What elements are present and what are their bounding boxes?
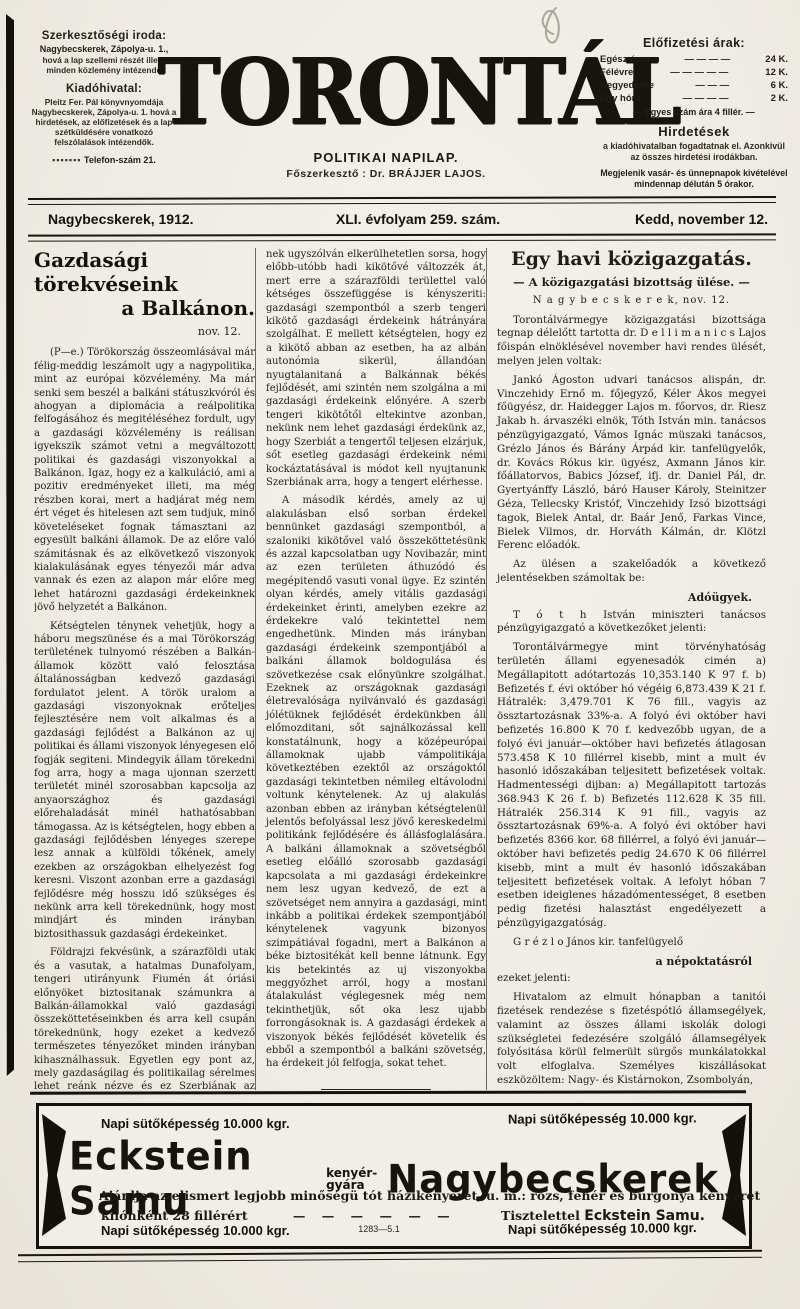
- dateline-date: Kedd, november 12.: [538, 211, 776, 227]
- article2-subhead-taxes: Adóügyek.: [497, 591, 766, 605]
- dateline-bar: Nagybecskerek, 1912. XLI. évfolyam 259. …: [28, 206, 776, 232]
- article1-paragraph: Földrajzi fekvésünk, a szárazföldi utak …: [34, 946, 255, 1090]
- masthead-subtitle-block: POLITIKAI NAPILAP. Főszerkesztő : Dr. BR…: [158, 150, 614, 180]
- column-3: Egy havi közigazgatás. — A közigazgatási…: [486, 248, 766, 1090]
- column-1: Gazdasági törekvéseinka Balkánon. nov. 1…: [34, 248, 255, 1090]
- subscription-dashes: — — — — —: [633, 66, 765, 79]
- bottom-double-rule: [28, 233, 776, 241]
- ad-offer-line: Ajánlja az elismert legjobb minőségü tót…: [99, 1188, 709, 1203]
- phone-decoration: ▪▪▪▪▪▪▪: [52, 155, 81, 165]
- scan-edge-artifact: [6, 14, 14, 1076]
- dateline-issue: XLI. évfolyam 259. szám.: [298, 211, 538, 227]
- single-copy-price: — Egyes szám ára 4 fillér. —: [600, 107, 788, 117]
- bakery-advertisement: Napi sütőképesség 10.000 kgr. Napi sütők…: [36, 1103, 752, 1249]
- article2-subtitle: — A közigazgatási bizottság ülése. —: [497, 276, 766, 290]
- article1-paragraph: (P—e.) Törökország összeomlásával már fé…: [34, 346, 255, 614]
- publish-schedule-note: Megjelenik vasár- és ünnepnapok kivételé…: [600, 168, 788, 189]
- subscription-label: Negyedévre: [600, 79, 654, 92]
- article2-paragraph: Jankó Ágoston udvari tanácsos alispán, d…: [497, 374, 766, 553]
- article1-continuation-paragraph: nek ugyszólván elkerülhetetlen sorsa, ho…: [266, 248, 486, 489]
- ad-capacity-top-right: Napi sütőképesség 10.000 kgr.: [508, 1110, 697, 1126]
- bottom-scan-rule: [18, 1250, 762, 1263]
- dateline-place: Nagybecskerek, 1912.: [28, 211, 298, 227]
- ad-capacity-bottom-right: Napi sütőképesség 10.000 kgr.: [508, 1220, 697, 1237]
- subscription-label: Egész évre: [600, 53, 650, 66]
- ad-capacity-top-left: Napi sütőképesség 10.000 kgr.: [101, 1116, 290, 1131]
- article1-dateline: nov. 12.: [34, 325, 255, 338]
- article2-paragraph: ezeket jelenti:: [497, 972, 766, 986]
- newspaper-title: TORONTÁL: [158, 34, 614, 151]
- article-columns: Gazdasági törekvéseinka Balkánon. nov. 1…: [34, 248, 774, 1090]
- article1-title: Gazdasági törekvéseinka Balkánon.: [34, 248, 255, 320]
- subscription-price: 6 K.: [771, 79, 788, 92]
- subscription-row: Egész évre — — — — 24 K.: [600, 53, 788, 66]
- article2-paragraph: Torontálvármegye mint törvényhatóság ter…: [497, 641, 766, 931]
- article2-paragraph: T ó t h István miniszteri tanácsos pénzü…: [497, 609, 766, 637]
- subscription-dashes: — — — —: [650, 53, 766, 66]
- ribbon-ornament-icon: [722, 1114, 746, 1236]
- article2-paragraph: Az ülésen a szakelőadók a következő jele…: [497, 558, 766, 586]
- subscription-heading: Előfizetési árak:: [600, 36, 788, 50]
- subscription-price: 2 K.: [771, 92, 788, 105]
- editorial-office-note: hová a lap szellemi részét illető minden…: [30, 55, 178, 75]
- section-heavy-rule: [30, 1090, 746, 1094]
- publisher-heading: Kiadóhivatal:: [30, 83, 178, 95]
- newspaper-subtitle: POLITIKAI NAPILAP.: [158, 150, 614, 165]
- subscription-dashes: — — — —: [641, 92, 771, 105]
- article2-paragraph: Torontálvármegye közigazgatási bizottság…: [497, 314, 766, 369]
- article1-continuation-paragraph: A második kérdés, amely az uj alakulásba…: [266, 494, 486, 1070]
- article-end-rule: [321, 1089, 431, 1090]
- ads-note: a kiadóhivatalban fogadtatnak el. Azonki…: [600, 141, 788, 162]
- ads-heading: Hirdetések: [600, 124, 788, 139]
- article2-dateline: N a g y b e c s k e r e k, nov. 12.: [497, 294, 766, 308]
- phone-number: Telefon-szám 21.: [84, 155, 156, 165]
- subscription-row: Negyedévre — — — 6 K.: [600, 79, 788, 92]
- top-double-rule: [28, 196, 776, 205]
- article2-subhead-education: a népoktatásról: [497, 955, 766, 969]
- ribbon-ornament-icon: [42, 1114, 66, 1236]
- editorial-office-block: Szerkesztőségi iroda: Nagybecskerek, Záp…: [30, 30, 178, 166]
- subscription-row: Egy hóra — — — — 2 K.: [600, 92, 788, 105]
- editorial-office-heading: Szerkesztőségi iroda:: [30, 30, 178, 42]
- subscription-block: Előfizetési árak: Egész évre — — — — 24 …: [600, 36, 788, 189]
- article2-title: Egy havi közigazgatás.: [497, 248, 766, 271]
- ad-dashes: — — — — — —: [248, 1208, 501, 1223]
- column-2: nek ugyszólván elkerülhetetlen sorsa, ho…: [255, 248, 486, 1090]
- subscription-label: Félévre: [600, 66, 633, 79]
- subscription-dashes: — — —: [654, 79, 771, 92]
- subscription-label: Egy hóra: [600, 92, 641, 105]
- article1-title-line2: a Balkánon.: [34, 296, 255, 320]
- newspaper-page: Szerkesztőségi iroda: Nagybecskerek, Záp…: [0, 0, 800, 1309]
- subscription-row: Félévre — — — — — 12 K.: [600, 66, 788, 79]
- article1-title-line1: Gazdasági törekvéseink: [34, 248, 178, 296]
- subscription-price: 12 K.: [765, 66, 788, 79]
- article2-paragraph: Hivatalom az elmult hónapban a tanitói f…: [497, 991, 766, 1088]
- subscription-price: 24 K.: [765, 53, 788, 66]
- editor-line: Főszerkesztő : Dr. BRÁJJER LAJOS.: [158, 168, 614, 180]
- publisher-note: Pleitz Fer. Pál könyvnyomdája Nagybecske…: [30, 97, 178, 147]
- article2-paragraph: G r é z l o János kir. tanfelügyelő: [497, 936, 766, 950]
- phone-line: ▪▪▪▪▪▪▪ Telefon-szám 21.: [30, 155, 178, 166]
- ad-price-line: kilónként 28 fillérért: [101, 1208, 248, 1223]
- editorial-office-address: Nagybecskerek, Zápolya-u. 1.,: [30, 44, 178, 55]
- article1-paragraph: Kétségtelen ténynek vehetjük, hogy a háb…: [34, 620, 255, 942]
